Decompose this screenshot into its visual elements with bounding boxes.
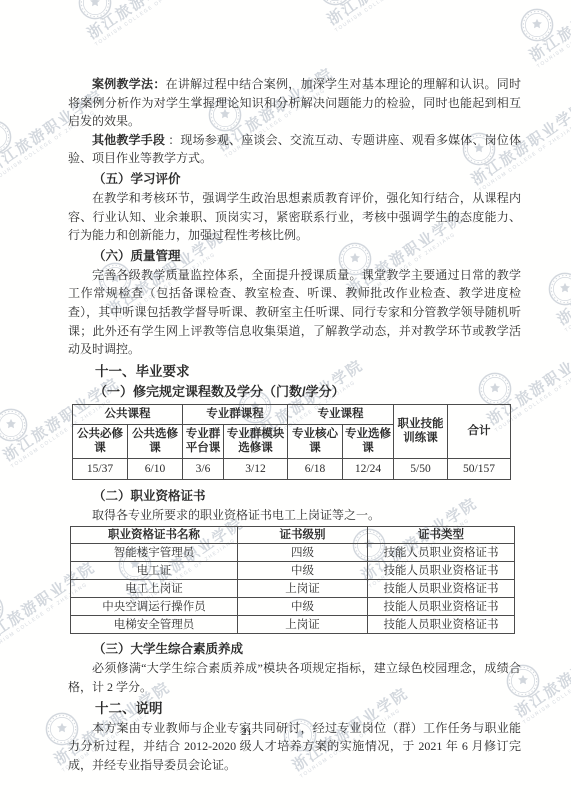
- subheader-public-required: 公共必修课: [73, 424, 128, 458]
- page-number: 21: [241, 726, 252, 738]
- document-page: 浙江旅游职业学院TOURISM COLLEGE OF ZHEJIANG 浙江旅游…: [0, 0, 571, 808]
- value-cell: 15/37: [73, 458, 128, 479]
- heading-course-credits: （一）修完规定课程数及学分（门数/学分）: [68, 382, 521, 402]
- paragraph-notes: 本方案由专业教师与企业专家共同研讨，经过专业岗位（群）工作任务与职业能力分析过程…: [68, 719, 521, 775]
- heading-graduation-requirements: 十一、毕业要求: [68, 362, 521, 382]
- value-cell: 5/50: [394, 458, 448, 479]
- heading-comprehensive-quality: （三）大学生综合素质养成: [68, 640, 521, 659]
- table-row: 电工证 中级 技能人员职业资格证书: [71, 562, 515, 580]
- table-row: 电梯安全管理员 上岗证 技能人员职业资格证书: [71, 616, 515, 634]
- value-cell: 6/18: [288, 458, 343, 479]
- heading-vocational-certificates: （二）职业资格证书: [68, 487, 521, 506]
- value-cell: 50/157: [448, 458, 511, 479]
- subheader-major-elective: 专业选修课: [343, 424, 394, 458]
- heading-quality-management: （六）质量管理: [68, 247, 521, 266]
- group-header-public: 公共课程: [73, 404, 183, 424]
- cert-header-level: 证书级别: [238, 527, 368, 544]
- credit-requirements-table: 公共课程 专业群课程 专业课程 职业技能训练课 合计 公共必修课 公共选修课 专…: [72, 404, 511, 480]
- table-row: 中央空调运行操作员 中级 技能人员职业资格证书: [71, 598, 515, 616]
- table-row: 电工上岗证 上岗证 技能人员职业资格证书: [71, 580, 515, 598]
- cert-type-cell: 技能人员职业资格证书: [368, 598, 515, 616]
- cert-name-cell: 电工证: [71, 562, 238, 580]
- cert-type-cell: 技能人员职业资格证书: [368, 544, 515, 562]
- subheader-public-elective: 公共选修课: [128, 424, 183, 458]
- header-skill-training: 职业技能训练课: [394, 404, 448, 458]
- subheader-cluster-platform: 专业群平台课: [183, 424, 224, 458]
- certificates-table: 职业资格证书名称 证书级别 证书类型 智能楼宇管理员 四级 技能人员职业资格证书…: [70, 526, 515, 634]
- paragraph-certificates-intro: 取得各专业所要求的职业资格证书电工上岗证等之一。: [68, 506, 521, 525]
- paragraph-comprehensive-quality: 必须修满“大学生综合素质养成”模块各项规定指标，建立绿色校园理念，成绩合格，计 …: [68, 659, 521, 696]
- paragraph-case-teaching: 案例教学法：在讲解过程中结合案例，加深学生对基本理论的理解和认识。同时将案例分析…: [68, 75, 521, 131]
- table-row: 智能楼宇管理员 四级 技能人员职业资格证书: [71, 544, 515, 562]
- table-row: 公共课程 专业群课程 专业课程 职业技能训练课 合计: [73, 404, 511, 424]
- cert-level-cell: 中级: [238, 562, 368, 580]
- cert-level-cell: 中级: [238, 598, 368, 616]
- document-body: 案例教学法：在讲解过程中结合案例，加深学生对基本理论的理解和认识。同时将案例分析…: [0, 0, 571, 774]
- value-cell: 12/24: [343, 458, 394, 479]
- table-row: 15/37 6/10 3/6 3/12 6/18 12/24 5/50 50/1…: [73, 458, 511, 479]
- cert-name-cell: 电梯安全管理员: [71, 616, 238, 634]
- subheader-major-core: 专业核心课: [288, 424, 343, 458]
- cert-header-name: 职业资格证书名称: [71, 527, 238, 544]
- cert-name-cell: 电工上岗证: [71, 580, 238, 598]
- table-row: 职业资格证书名称 证书级别 证书类型: [71, 527, 515, 544]
- heading-learning-evaluation: （五）学习评价: [68, 170, 521, 189]
- heading-notes: 十二、说明: [68, 699, 521, 719]
- value-cell: 3/6: [183, 458, 224, 479]
- cert-name-cell: 智能楼宇管理员: [71, 544, 238, 562]
- cert-name-cell: 中央空调运行操作员: [71, 598, 238, 616]
- value-cell: 6/10: [128, 458, 183, 479]
- value-cell: 3/12: [224, 458, 288, 479]
- group-header-major: 专业课程: [288, 404, 394, 424]
- cert-type-cell: 技能人员职业资格证书: [368, 580, 515, 598]
- cert-header-type: 证书类型: [368, 527, 515, 544]
- paragraph-learning-evaluation: 在教学和考核环节，强调学生政治思想素质教育评价，强化知行结合，从课程内容、行业认…: [68, 189, 521, 245]
- case-teaching-lead: 案例教学法：: [92, 77, 166, 91]
- paragraph-other-methods: 其他教学手段 ：现场参观、座谈会、交流互动、专题讲座、观看多媒体、岗位体验、项目…: [68, 131, 521, 168]
- other-methods-lead: 其他教学手段: [92, 133, 165, 147]
- header-total: 合计: [448, 404, 511, 458]
- cert-type-cell: 技能人员职业资格证书: [368, 616, 515, 634]
- cert-type-cell: 技能人员职业资格证书: [368, 562, 515, 580]
- group-header-cluster: 专业群课程: [183, 404, 288, 424]
- cert-level-cell: 上岗证: [238, 580, 368, 598]
- cert-level-cell: 四级: [238, 544, 368, 562]
- cert-level-cell: 上岗证: [238, 616, 368, 634]
- subheader-cluster-module: 专业群模块选修课: [224, 424, 288, 458]
- paragraph-quality-management: 完善各级教学质量监控体系，全面提升授课质量。课堂教学主要通过日常的教学工作常规检…: [68, 266, 521, 359]
